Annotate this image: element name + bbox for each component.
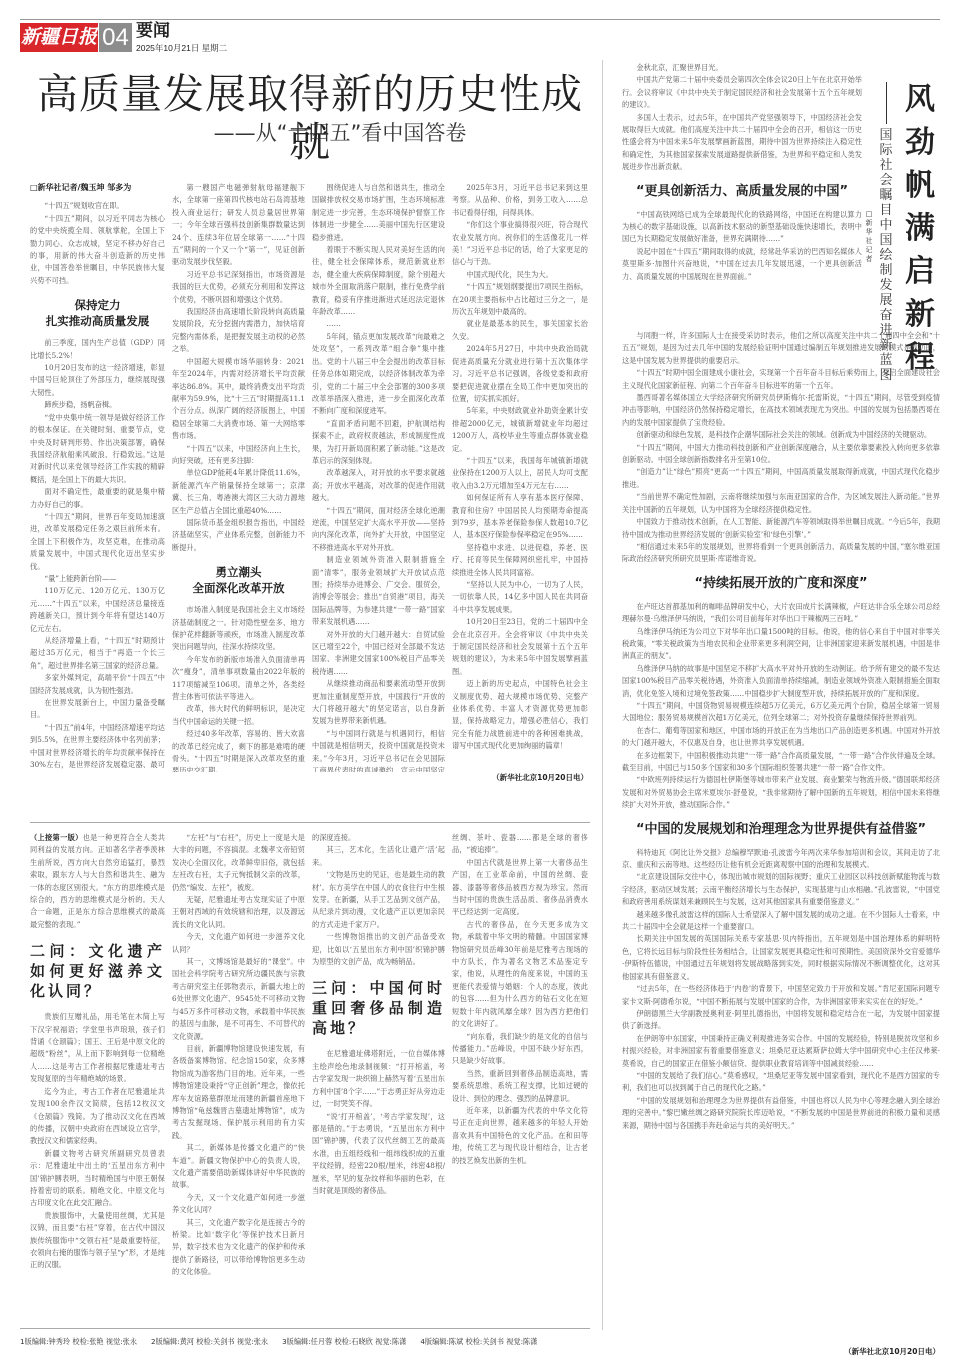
left-article-dateline: （新华社北京10月20日电） (440, 772, 588, 783)
paragraph: 说起中国在“十四五”期间取得的成就，经常赴华采访的巴西知名媒体人莫里斯多·加图什… (622, 246, 862, 283)
paragraph: 乌维泽伊马纳的故事是中国坚定不移扩大高水平对外开放的生动例证。给予所有建交的最不… (622, 663, 940, 700)
paragraph: 在卢旺达首都基加利的咖啡品牌研发中心，大片农田成片长满辣椒，卢旺达非合乐全球公司… (622, 601, 940, 626)
continued-col-3: 的深度连接。 其三，艺术化，生活化让遗产‘活’起来。 ‘文物是历史的见证，也是最… (312, 832, 445, 1327)
paragraph: 当然，重新回到奢侈品制造高地，需要系统思维、系统工程支撑，比如过硬的设计、到位的… (452, 1068, 588, 1105)
paragraph: 迈上新的历史起点，中国特色社会主义制度优势、超大规模市场优势、完整产业体系优势、… (452, 678, 588, 752)
paragraph: 前三季度，国内生产总值（GDP）同比增长5.2%！ (30, 337, 165, 362)
paragraph: “十四五”前4年，中国经济增速平均达到5.5%，在世界主要经济体中名列前茅；中国… (30, 722, 165, 772)
section-name: 要闻 (136, 22, 170, 40)
credit-page-2: 2版编辑:黄河 校检:关剑书 视觉:张永 (151, 1337, 268, 1347)
paragraph: “过去5年，在一些经济体趋于‘内卷’的背景下，中国坚定致力于开放和发展。”肯尼亚… (622, 983, 940, 1008)
continued-col-1: （上接第一版）也是一种更符合全人类共同利益的发展方向。正如著名学者季羡林生前所说… (30, 832, 165, 1327)
paragraph: 在世界发展新台上，中国力量备受瞩目。 (30, 697, 165, 722)
paragraph: 长期关注中国发展的英国国际关系专家基思·贝内特指出，五年规划是中国治理体系的鲜明… (622, 933, 940, 983)
paragraph: 与同胞一样，许多国际人士在接受采访时表示，他们之所以高度关注中共二十届四中全会和… (622, 330, 940, 367)
paragraph: “十四五”期间，世界百年变局加速演进，改革发展稳定任务之艰巨前所未有。全国上下积… (30, 511, 165, 573)
paragraph: 中国共产党第二十届中央委员会第四次全体会议20日上午在北京开始举行。会议将审议《… (622, 74, 862, 111)
issue-date: 2025年10月21日 星期二 (136, 42, 227, 54)
paragraph: 其三，艺术化，生活化让遗产‘活’起来。 (312, 844, 445, 869)
footer-divider (20, 1328, 590, 1329)
right-section-heading-3: “中国的发展规划和治理理念为世界提供有益借鉴” (622, 821, 940, 839)
question-heading-3: 三问：中国何时重回奢侈品制造高地？ (312, 978, 445, 1038)
paragraph: 制造业领域外资准入限制措施全面“清零”，服务业领域扩大开放试点范围；持续举办进博… (312, 554, 445, 628)
paragraph: 中国超大规模市场华丽转身：2021年至2024年，内需对经济增长平均贡献率达86… (172, 356, 305, 443)
paragraph: （上接第一版）也是一种更符合全人类共同利益的发展方向。正如著名学者季羡林生前所说… (30, 832, 165, 931)
byline: □新华社记者/魏玉坤 邹多为 (30, 182, 165, 194)
paragraph: 无疑，尼雅遗址考古发现实证了中原王朝对西域的有效统辖和治理，以及源远流长的文化认… (172, 894, 305, 931)
paragraph: 围绕促进人与自然和谐共生，推动全国碳排放权交易市场扩围，生态环境标准制定进一步完… (312, 182, 445, 244)
paragraph: 2025年3月，习近平总书记来到这里考察。从品种、价格，到务工收入……总书记看得… (452, 182, 588, 219)
paragraph: 的深度连接。 (312, 832, 445, 844)
paragraph: 单位GDP能耗4年累计降低11.6%，新能源汽车产销量保持全球第一；京津冀、长三… (172, 467, 305, 517)
paragraph: “中国的发展规划和治理理念为世界提供有益借鉴，中国也将以人民为中心等理念融入到全… (622, 1095, 940, 1132)
paragraph: 习近平总书记深刻指出，市场资源是我国的巨大优势，必须充分利用和发挥这个优势，不断… (172, 269, 305, 306)
right-article-byline: □新华社记者 (864, 210, 874, 264)
paragraph: 5年间，锚点更加发展改革“向最难之处攻坚”，一系列改革“组合拳”集中推出。党的十… (312, 331, 445, 418)
paragraph: 蹄疾步稳，扬帆奋楫。 (30, 399, 165, 411)
left-article-col-4: 2025年3月，习近平总书记来到这里考察。从品种、价格，到务工收入……总书记看得… (452, 182, 588, 772)
paragraph: “说‘打开棺盖’，‘考古学家发现’，这都是错的。”于志勇说，“五星出东方利中国”… (312, 1111, 445, 1198)
paragraph: 坚持稳中求进、以进促稳，养老、医疗、托育等民生保障网织密扎牢，中国持续推进全体人… (452, 542, 588, 579)
paragraph: 金秋北京，汇聚世界目光。 (622, 62, 862, 74)
paragraph: “十四五”期间，中国货物贸易规模连续超5万亿美元，6万亿美元两个台阶，稳居全球第… (622, 700, 940, 725)
section-heading: 保持定力 扎实推动高质量发展 (30, 297, 165, 329)
paragraph: 着眼于不断实现人民对美好生活的向往，健全社会保障体系，规范新就业形态，健全重大疾… (312, 244, 445, 318)
paragraph: 目前，新疆博物馆建设快速发展，有各级备案博物馆、纪念馆150家，众多博物馆成为游… (172, 1043, 305, 1142)
continued-col-4: 丝绸、茶叶、瓷器……都是全球的奢侈品，“被追捧”。 中国古代就是世界上第一大奢侈… (452, 832, 588, 1327)
paragraph: 丝绸、茶叶、瓷器……都是全球的奢侈品，“被追捧”。 (452, 832, 588, 857)
left-article-col-3: 围绕促进人与自然和谐共生，推动全国碳排放权交易市场扩围，生态环境标准制定进一步完… (312, 182, 445, 772)
paragraph: “十四五”规划收官在即。 (30, 200, 165, 212)
left-article-col-2: 第一艘国产电磁弹射航母福建舰下水，全球第一座第四代核电站石岛湾基地投入商业运行；… (172, 182, 305, 772)
continued-col-2: “左衽”与“右衽”，历史上一度是大是大非的问题，不容搞混。北魏孝文帝铅贸发决心全… (172, 832, 305, 1327)
paragraph: 古代的奢侈品，在今天更多成为文物，承载着中华文明的精髓。中国国家博物馆研究员岳峰… (452, 919, 588, 1031)
paragraph: “十四五”期间，中国大力推动科技创新和产业创新深度融合，从主要依靠要素投入转向更… (622, 442, 940, 467)
paragraph: 在多边框架下，中国积极推动共建“一带一路”合作高质量发展，“一带一路”合作伙伴遍… (622, 750, 940, 775)
paragraph: 5年来，中央财政就业补助资金累计安排超2000亿元，城镇新增就业年均超过1200… (452, 405, 588, 455)
paragraph: 在尼雅遗址佛塔附近，一位自媒体博主绘声绘色地录制视频：“打开棺盖，考古学家发现一… (312, 1048, 445, 1110)
masthead: 新疆日报 04 要闻 2025年10月21日 星期二 (20, 19, 940, 53)
continued-marker: （上接第一版） (30, 833, 83, 842)
paragraph: 2024年5月27日，中共中央政治局就促进高质量充分就业进行第十五次集体学习。习… (452, 343, 588, 405)
paragraph: 第一艘国产电磁弹射航母福建舰下水，全球第一座第四代核电站石岛湾基地投入商业运行；… (172, 182, 305, 269)
paragraph: 其一，文博场馆是最好的“课堂”。中国社会科学院考古研究所边疆民族与宗教考古研究室… (172, 956, 305, 1043)
paragraph: “十四五”时期中国全面建成小康社会，实现第一个百年奋斗目标后乘势而上，开启全面建… (622, 367, 940, 392)
paragraph: 伊朗德黑兰大学副教授奥利亚·阿里扎德指出，中国将发展和稳定结合在一起，为发展中国… (622, 1008, 940, 1033)
paragraph: 多国人士表示，过去5年，在中国共产党坚强领导下，中国经济社会发展取得巨大成就。他… (622, 112, 862, 174)
paragraph: 其二，新媒体是传播文化遗产的“快车道”。新疆文物保护中心的负责人说，文化遗产需要… (172, 1142, 305, 1192)
main-subheadline: ——从“十四五”看中国答卷 (170, 120, 510, 146)
paragraph: “十四五”规划纲要提出7项民生指标，在20项主要指标中占比超过三分之一，是历次五… (452, 281, 588, 318)
paragraph: 我国经济由高速增长阶段转向高质量发展阶段，充分挖掘内需潜力，加快培育完整内需体系… (172, 306, 305, 356)
paragraph: “坚持以人民为中心，一切为了人民，一切依靠人民，14亿多中国人民在共同奋斗中共享… (452, 579, 588, 616)
paragraph: “十四五”以来，我国每年城镇新增就业保持在1200万人以上，居民人均可支配收入由… (452, 455, 588, 492)
paragraph: “左衽”与“右衽”，历史上一度是大是大非的问题，不容搞混。北魏孝文帝铅贸发决心全… (172, 832, 305, 894)
paragraph: “党中央集中统一领导是做好经济工作的根本保证。在关键时刻、重要节点，党中央及时研… (30, 412, 165, 486)
page-number: 04 (99, 23, 132, 52)
paragraph: 改革，伟大时代的鲜明标识，是决定当代中国命运的关键一招。 (172, 703, 305, 728)
paragraph: “直面矛盾问题不回避，护航调结构探索不止，政府权责越法，形成制度性成果，为打开新… (312, 418, 445, 468)
paragraph: “中欧班列持续运行为德国杜伊斯堡等城市带来产业发展、商业繁荣与物流升级。”德国联… (622, 774, 940, 811)
paragraph: ‘文物是历史的见证，也是最生动的教材’。东方美学在中国人的衣食住行中生根发芽。在… (312, 869, 445, 931)
paragraph: “当前世界不确定性加剧，云南将继续加强与东南亚国家的合作，为区域发展注入新动能。… (622, 491, 940, 516)
paragraph: 其三，文化遗产数字化是连接古今的桥梁。比如‘数字化’等保护技术日新月异，数字技术… (172, 1217, 305, 1279)
paragraph: “中国高铁网络已成为全球最现代化的铁路网络，中国还在构建以算力为核心的数字基础设… (622, 209, 862, 246)
paragraph: 10月20日发布的这一经济增速，彰显中国号巨轮顶住了外部压力，继续展现强大韧性。 (30, 362, 165, 399)
newspaper-logo: 新疆日报 (20, 23, 98, 52)
paragraph: 从继续推动商品和要素流动型开放到更加注重制度型开放，中国践行“开放的大门将越开越… (312, 678, 445, 728)
paragraph: 在伊朗等中东国家，中国秉持正确义利观推进务实合作。中国的发展经验，特别是脱贫攻坚… (622, 1033, 940, 1070)
paragraph: 国际货币基金组织报告指出，中国经济基础坚实，产业体系完整，创新能力不断提升。 (172, 517, 305, 554)
question-heading-2: 二问：文化遗产如何更好滋养文化认同？ (30, 941, 165, 1001)
paragraph: …… (312, 318, 445, 330)
paragraph: 今天，又一个文化遗产如何进一步滋养文化认同？ (172, 1192, 305, 1217)
credit-page-1: 1版编辑:钟秀玲 校检:张艳 视觉:张永 (20, 1337, 137, 1347)
paragraph: 对外开放的大门越开越大：自贸试验区已增至22个，中国已经对全部最不发达国家、非洲… (312, 629, 445, 679)
paragraph: “北京建设国际交往中心，体现出城市规划的国际视野；重庆工业园区以科技创新赋能物流… (622, 871, 940, 908)
paragraph: “十四五”期间，面对经济全球化逆潮逆流，中国坚定扩大高水平开放——坚持向内深化改… (312, 505, 445, 555)
paragraph: “向东看，我们缺少的是文化的自信与传播能力。”岳峰说，中国不缺少好东西，只是缺少… (452, 1031, 588, 1068)
left-article-col-1: □新华社记者/魏玉坤 邹多为 “十四五”规划收官在即。 “十四五”期间，以习近平… (30, 182, 165, 772)
paragraph: 面对不确定性，最重要的就是集中精力办好自己的事。 (30, 486, 165, 511)
column-divider (602, 60, 603, 1330)
paragraph: “量”上能跨新台阶—— (30, 573, 165, 585)
paragraph: “十四五”以来，中国经济向上生长，向好突破，还有更多注脚： (172, 443, 305, 468)
paragraph: 中国致力于推动技术创新，在人工智能、新能源汽车等领域取得举世瞩目成就。“今后5年… (622, 516, 940, 541)
paragraph: 科特迪瓦《阿比让外交报》总编穆罕默迪·孔波雷今年两次来华参加培训和会议，其间走访… (622, 847, 940, 872)
paragraph: 乌维泽伊马纳还为公司立下对华年出口量1500吨的目标。他说，他的信心来自于中国对… (622, 626, 940, 663)
paragraph: 贵族服饰中，大量使用丝绸，尤其是汉锦，而且要“右衽”穿着，在古代中国汉族传统服饰… (30, 1210, 165, 1272)
right-section-heading-2: “持续拓展开放的广度和深度” (622, 575, 940, 593)
right-article-intro: 金秋北京，汇聚世界目光。 中国共产党第二十届中央委员会第四次全体会议20日上午在… (622, 62, 862, 283)
right-article-dateline: （新华社北京10月20日电） (780, 1346, 940, 1357)
paragraph: “中国的发展给了我们信心。”莫希感叹，“坦桑尼亚等发展中国家看到，现代化不是西方… (622, 1070, 940, 1095)
paragraph: 经过40多年改革，容易的、皆大欢喜的改革已经完成了，剩下的都是难啃的硬骨头。“十… (172, 728, 305, 772)
paragraph: 10月20日至23日，党的二十届四中全会在北京召开。全会将审议《中共中央关于制定… (452, 616, 588, 678)
paragraph: “十四五”期间，以习近平同志为核心的党中央统揽全局、领航掌舵，全国上下勠力同心、… (30, 213, 165, 287)
paragraph: “创造力”让“绿色”照亮“更高一“十四五”期间，中国高质量发展取得新成就，中国式… (622, 466, 940, 491)
paragraph: 多家外媒判定，高端平价“十四五”中国经济发展成就，认为韧性强劲。 (30, 672, 165, 697)
section-divider (30, 822, 590, 823)
paragraph: 从经济增量上看，“十四五”时期预计超过35万亿元，相当于“再造一个长三角”，超过… (30, 635, 165, 672)
main-headline: 高质量发展取得新的历史性成就 (30, 70, 590, 166)
footer-credits: 1版编辑:钟秀玲 校检:张艳 视觉:张永 2版编辑:黄河 校检:关剑书 视觉:张… (20, 1337, 590, 1347)
paragraph: “与中国同行就是与机遇同行，相信中国就是相信明天，投资中国就是投资未来。”今年3… (312, 728, 445, 772)
paragraph: “相信通过未来5年的发展规划，世界将看到一个更具创新活力、高质量发展的中国，”塞… (622, 541, 940, 566)
paragraph: 改革越深入，对开放的水平要求就越高；开放水平越高，对改革的促进作用就越大。 (312, 467, 445, 504)
paragraph: 迄今为止，考古工作者在尼雅遗址共发现100余件汉文简牍，包括12枚汉文《仓颉篇》… (30, 1086, 165, 1148)
paragraph: 今年发布的新版市场准入负面清单再次“瘦身”，清单事项数量由2022年版的117项… (172, 654, 305, 704)
paragraph: 今天，文化遗产如何进一步滋养文化认同？ (172, 931, 305, 956)
dash-rule (886, 82, 887, 124)
paragraph: 贵族们互赠礼品，用毛笔在木简上写下汉字祝福语；学堂里书声琅琅，孩子们背诵《仓颉篇… (30, 1011, 165, 1085)
section-heading: 勇立潮头 全面深化改革开放 (172, 564, 305, 596)
paragraph: 在杏仁、葡萄等国家和地区，中国市场的开放正在为当地出口产品创造更多机遇。中国对外… (622, 725, 940, 750)
paragraph: 就业是最基本的民生，事关国家长治久安。 (452, 318, 588, 343)
paragraph: 越来越多像孔波雷这样的国际人士希望深入了解中国发展的成功之道。在不少国际人士看来… (622, 909, 940, 934)
paragraph: 创新驱动和绿色发展，是科技作企潮华国际社会关注的领域。创新成为中国经济的关键驱动… (622, 429, 940, 441)
right-section-heading-1: “更具创新活力、高质量发展的中国” (622, 183, 862, 201)
paragraph: “你们这个事业搞得很兴旺，符合现代农业发展方向。祝你们的生活像花儿一样美！”习近… (452, 219, 588, 269)
paragraph: 110万亿元、120万亿元、130万亿元……“十四五”以来，中国经济总量接连跨越… (30, 585, 165, 635)
paragraph: 一些博物馆推出的文创产品备受欢迎，比如以‘五星出东方利中国’织锦护膊为原型的文创… (312, 931, 445, 968)
paragraph: 中国古代就是世界上第一大奢侈品生产国，在工业革命前，中国的丝绸、瓷器、漆器等奢侈… (452, 857, 588, 919)
credit-page-4: 4版编辑:陈斌 校检:关剑书 视觉:陈潇 (420, 1337, 537, 1347)
paragraph: 如何保证所有人享有基本医疗保障、教育和住房？中国居民人均预期寿命提高到79岁，基… (452, 492, 588, 542)
paragraph: 墨西哥著名媒体国立大学经济研究所研究员伊斯梅尔·托雷斯说，“十四五”期间，尽管受… (622, 392, 940, 429)
right-article-body: 与同胞一样，许多国际人士在接受采访时表示，他们之所以高度关注中共二十届四中全会和… (622, 330, 940, 1330)
paragraph: 中国式现代化，民生为大。 (452, 269, 588, 281)
paragraph: 近年来，以新疆为代表的中华文化符号正在走向世界，越来越多的年轻人开始喜欢具有中国… (452, 1105, 588, 1167)
credit-page-3: 3版编辑:任月蓉 校检:石晓欣 视觉:陈潇 (282, 1337, 406, 1347)
paragraph: 新疆文物考古研究所副研究员曾表示：尼雅遗址中出土的‘五星出东方利中国’锦护膊表明… (30, 1148, 165, 1210)
paragraph: 市场准入制度是我国社会主义市场经济基础制度之一。针对隐性壁垒多、地方保护花样翻新… (172, 604, 305, 654)
byline-text: □新华社记者 (864, 210, 874, 264)
